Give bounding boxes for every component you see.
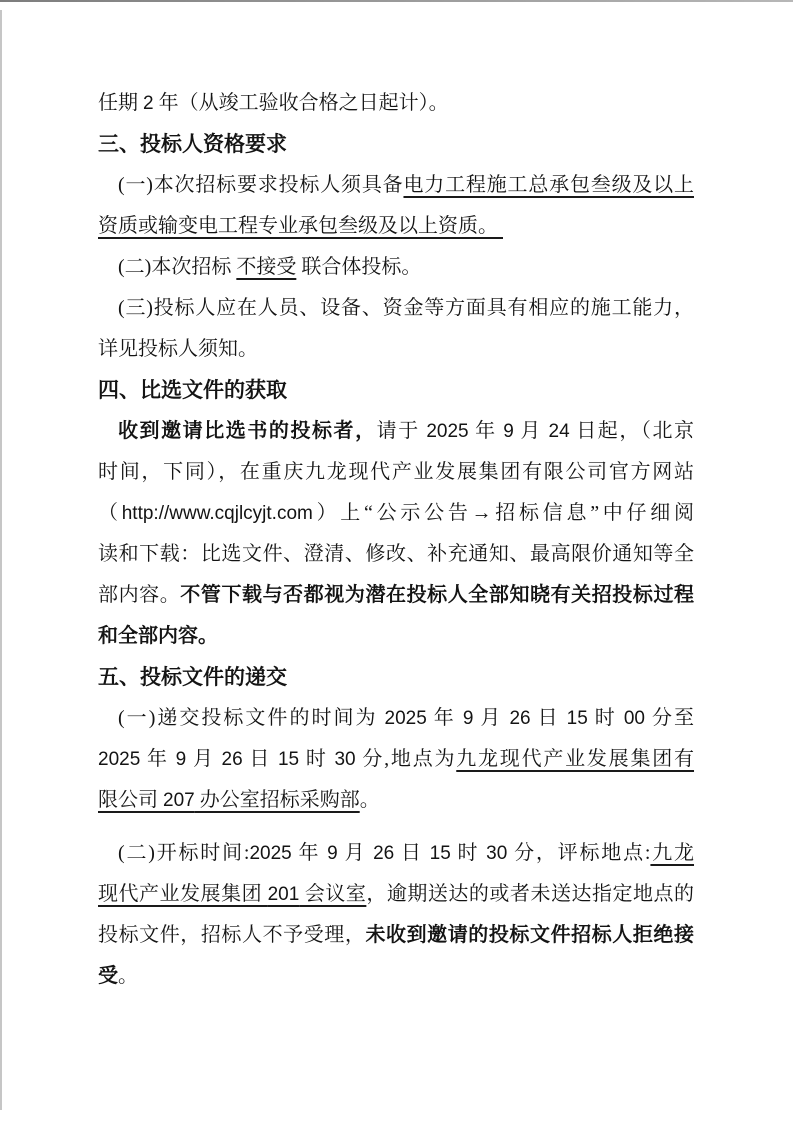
text-run: 现代产业发展集团 (98, 883, 268, 905)
text-run: 电力工程施工总承包叁级及以上 (403, 174, 694, 196)
text-run: 五、投标文件的递交 (98, 665, 287, 689)
text-run: 三、投标人资格要求 (98, 132, 287, 156)
text-run: 时 (451, 842, 486, 864)
text-run: 月 (514, 420, 549, 442)
text-run: 26 (373, 843, 394, 864)
text-run: 部内容。 (98, 584, 180, 606)
text-run: 年 (427, 707, 463, 729)
paragraph-line: （http://www.cqjlcyjt.com）上“公示公告→招标信息”中仔细… (98, 493, 694, 534)
text-run: 月 (473, 707, 509, 729)
scan-edge-left-artifact (0, 10, 2, 1110)
text-run: 请于 (377, 420, 427, 442)
text-run: 详见投标人须知。 (98, 338, 258, 360)
text-run: 四、比选文件的获取 (98, 378, 287, 402)
text-run: 任期 (98, 92, 143, 114)
paragraph-line: 资质或输变电工程专业承包叁级及以上资质。 (98, 206, 694, 247)
text-run: 分，评标地点: (507, 842, 650, 864)
text-run: 9 (176, 749, 187, 770)
text-run: 时 (588, 707, 624, 729)
text-run: http://www.cqjlcyjt.com (122, 503, 313, 524)
text-run: 和全部内容。 (98, 625, 218, 647)
text-run: 年 (140, 748, 175, 770)
paragraph-line: 和全部内容。 (98, 616, 694, 657)
section-heading-5: 五、投标文件的递交 (98, 657, 694, 698)
text-run: 。 (360, 789, 380, 811)
text-run: (一)递交投标文件的时间为 (118, 707, 385, 729)
text-run: 26 (222, 749, 243, 770)
paragraph-line: 投标文件，招标人不予受理，未收到邀请的投标文件招标人拒绝接 (98, 915, 694, 956)
text-run: ，逾期送达的或者未送达指定地点的 (366, 883, 694, 905)
text-run: 15 (430, 843, 451, 864)
document-content: 任期 2 年（从竣工验收合格之日起计）。三、投标人资格要求(一)本次招标要求投标… (98, 83, 694, 997)
text-run: 年 (469, 420, 504, 442)
text-run: 月 (338, 842, 373, 864)
text-run: 。 (118, 965, 138, 987)
text-run: 分至 (645, 707, 694, 729)
text-run: ）上“公示公告→招标信息”中仔细阅 (313, 502, 694, 524)
text-run: 联合体投标。 (296, 256, 421, 278)
text-run: 日起，（北京 (570, 420, 694, 442)
text-run: 2025 (426, 421, 468, 442)
text-run: 读和下载：比选文件、澄清、修改、补充通知、最高限价通知等全 (98, 543, 694, 565)
text-run: （ (98, 502, 122, 524)
paragraph-line: 部内容。不管下载与否都视为潜在投标人全部知晓有关招投标过程 (98, 575, 694, 616)
text-run: 收到邀请比选书的投标者， (118, 420, 377, 442)
text-run: (一)本次招标要求投标人须具备 (118, 174, 403, 196)
paragraph-line: 详见投标人须知。 (98, 329, 694, 370)
text-run: 9 (503, 421, 514, 442)
text-run: 201 (268, 884, 300, 905)
paragraph-line: 收到邀请比选书的投标者，请于 2025 年 9 月 24 日起，（北京 (98, 411, 694, 452)
text-run: 受 (98, 965, 118, 987)
paragraph-line: 读和下载：比选文件、澄清、修改、补充通知、最高限价通知等全 (98, 534, 694, 575)
text-run: 30 (334, 749, 355, 770)
text-run: 时 (299, 748, 334, 770)
paragraph-line: (一)本次招标要求投标人须具备电力工程施工总承包叁级及以上 (98, 165, 694, 206)
text-run: 分,地点为 (356, 748, 457, 770)
text-run: 24 (549, 421, 570, 442)
text-run: 投标文件，招标人不予受理， (98, 924, 365, 946)
text-run: 办公室招标采购部 (195, 789, 360, 811)
text-run: 限公司 (98, 789, 163, 811)
text-run: 日 (394, 842, 429, 864)
paragraph-line: 任期 2 年（从竣工验收合格之日起计）。 (98, 83, 694, 124)
text-run: 不管下载与否都视为潜在投标人全部知晓有关招投标过程 (180, 584, 694, 606)
text-run: 00 (624, 708, 645, 729)
text-run: 日 (243, 748, 278, 770)
text-run: (三)投标人应在人员、设备、资金等方面具有相应的施工能力， (118, 297, 694, 319)
paragraph-line: 时间，下同），在重庆九龙现代产业发展集团有限公司官方网站 (98, 452, 694, 493)
text-run: 会议室 (299, 883, 366, 905)
text-run: 26 (509, 708, 530, 729)
text-run: 9 (327, 843, 338, 864)
text-run: 不接受 (236, 256, 296, 278)
section-heading-3: 三、投标人资格要求 (98, 124, 694, 165)
text-run: 年 (292, 842, 327, 864)
text-run: 2025 (249, 843, 291, 864)
scan-edge-top-artifact (0, 0, 793, 2)
text-run: (二)开标时间: (118, 842, 249, 864)
text-run: 资质或输变电工程专业承包叁级及以上资质。 (98, 215, 503, 237)
text-run: 15 (567, 708, 588, 729)
document-page: 任期 2 年（从竣工验收合格之日起计）。三、投标人资格要求(一)本次招标要求投标… (0, 0, 793, 1122)
paragraph-line: (二)开标时间:2025 年 9 月 26 日 15 时 30 分，评标地点:九… (98, 833, 694, 874)
text-run: 九龙现代产业发展集团有 (456, 748, 694, 770)
paragraph-line: 2025 年 9 月 26 日 15 时 30 分,地点为九龙现代产业发展集团有 (98, 739, 694, 780)
text-run: 2025 (385, 708, 427, 729)
paragraph-line: (二)本次招标 不接受 联合体投标。 (98, 247, 694, 288)
text-run: 15 (278, 749, 299, 770)
text-run: 时间，下同），在重庆九龙现代产业发展集团有限公司官方网站 (98, 461, 694, 483)
text-run: 年（从竣工验收合格之日起计）。 (154, 92, 449, 114)
text-run: 九龙 (650, 842, 694, 864)
paragraph-line: 现代产业发展集团 201 会议室，逾期送达的或者未送达指定地点的 (98, 874, 694, 915)
text-run: 2025 (98, 749, 140, 770)
section-heading-4: 四、比选文件的获取 (98, 370, 694, 411)
text-run: 未收到邀请的投标文件招标人拒绝接 (365, 924, 694, 946)
paragraph-line: 限公司 207 办公室招标采购部。 (98, 780, 694, 821)
text-run: 9 (463, 708, 474, 729)
paragraph-line: 受。 (98, 956, 694, 997)
paragraph-line: (一)递交投标文件的时间为 2025 年 9 月 26 日 15 时 00 分至 (98, 698, 694, 739)
paragraph-line: (三)投标人应在人员、设备、资金等方面具有相应的施工能力， (98, 288, 694, 329)
text-run: 日 (531, 707, 567, 729)
text-run: 月 (186, 748, 221, 770)
text-run: (二)本次招标 (118, 256, 236, 278)
text-run: 207 (163, 790, 195, 811)
text-run: 30 (486, 843, 507, 864)
text-run: 2 (143, 93, 154, 114)
